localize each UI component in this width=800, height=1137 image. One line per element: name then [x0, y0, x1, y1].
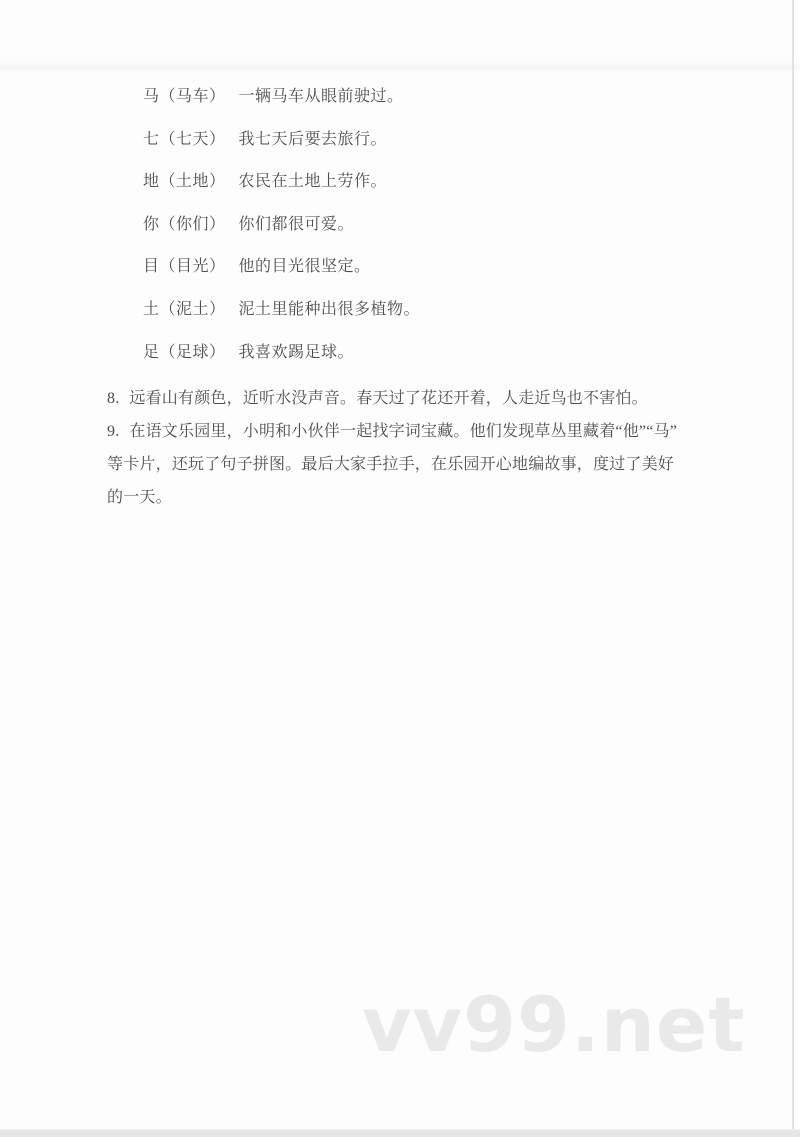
word-entry-sentence: 他的目光很坚定。: [239, 258, 371, 275]
word-entry-char: 你: [143, 216, 160, 233]
document-page: [0, 0, 793, 1129]
word-entry-sentence: 一辆马车从眼前驶过。: [239, 88, 404, 105]
numbered-item-9-line-2: 等卡片，还玩了句子拼图。最后大家手拉手，在乐园开心地编故事，度过了美好: [107, 455, 674, 474]
document-viewer: 马（马车）一辆马车从眼前驶过。 七（七天）我七天后要去旅行。 地（土地）农民在土…: [0, 0, 800, 1137]
word-entry-char: 目: [143, 258, 160, 275]
word-entry: 马（马车）一辆马车从眼前驶过。: [143, 88, 404, 106]
word-entry-char: 足: [143, 344, 160, 361]
word-entry-sentence: 我七天后要去旅行。: [239, 131, 388, 148]
word-entry-word: （马车）: [160, 88, 226, 105]
numbered-item-8: 8.远看山有颜色，近听水没声音。春天过了花还开着，人走近鸟也不害怕。: [107, 389, 648, 408]
site-watermark: vv99.net: [362, 987, 746, 1063]
item-text: 的一天。: [107, 489, 172, 506]
word-entry-char: 七: [143, 131, 160, 148]
word-entry-head: 七（七天）: [143, 131, 226, 148]
word-entry-word: （目光）: [160, 258, 226, 275]
item-text: 等卡片，还玩了句子拼图。最后大家手拉手，在乐园开心地编故事，度过了美好: [107, 456, 674, 473]
word-entry-sentence: 你们都很可爱。: [239, 216, 355, 233]
word-entry: 七（七天）我七天后要去旅行。: [143, 131, 387, 149]
word-entry-head: 目（目光）: [143, 258, 226, 275]
word-entry-sentence: 泥土里能种出很多植物。: [239, 301, 421, 318]
word-entry-head: 你（你们）: [143, 216, 226, 233]
word-entry: 土（泥土）泥土里能种出很多植物。: [143, 301, 420, 319]
numbered-item-9-line-3: 的一天。: [107, 488, 172, 507]
word-entry-word: （泥土）: [160, 301, 226, 318]
word-entry-char: 地: [143, 173, 160, 190]
word-entry-word: （七天）: [160, 131, 226, 148]
page-bottom-gap: [0, 1129, 800, 1137]
word-entry-word: （足球）: [160, 344, 226, 361]
word-entry-word: （你们）: [160, 216, 226, 233]
page-right-edge-line: [792, 0, 794, 1129]
word-entry-char: 马: [143, 88, 160, 105]
numbered-item-9-line-1: 9.在语文乐园里，小明和小伙伴一起找字词宝藏。他们发现草丛里藏着“他”“马”: [107, 422, 677, 441]
word-entry-head: 地（土地）: [143, 173, 226, 190]
word-entry: 你（你们）你们都很可爱。: [143, 216, 354, 234]
word-entry-sentence: 我喜欢踢足球。: [239, 344, 355, 361]
word-entry-head: 足（足球）: [143, 344, 226, 361]
word-entry-char: 土: [143, 301, 160, 318]
word-entry: 足（足球）我喜欢踢足球。: [143, 344, 354, 362]
word-entry-sentence: 农民在土地上劳作。: [239, 173, 388, 190]
word-entry-word: （土地）: [160, 173, 226, 190]
item-number: 9.: [107, 422, 119, 441]
word-entry: 目（目光）他的目光很坚定。: [143, 258, 371, 276]
item-number: 8.: [107, 389, 119, 408]
item-text: 在语文乐园里，小明和小伙伴一起找字词宝藏。他们发现草丛里藏着“他”“马”: [129, 423, 677, 440]
word-entry-head: 马（马车）: [143, 88, 226, 105]
word-entry: 地（土地）农民在土地上劳作。: [143, 173, 387, 191]
item-text: 远看山有颜色，近听水没声音。春天过了花还开着，人走近鸟也不害怕。: [129, 390, 647, 407]
word-entry-head: 土（泥土）: [143, 301, 226, 318]
